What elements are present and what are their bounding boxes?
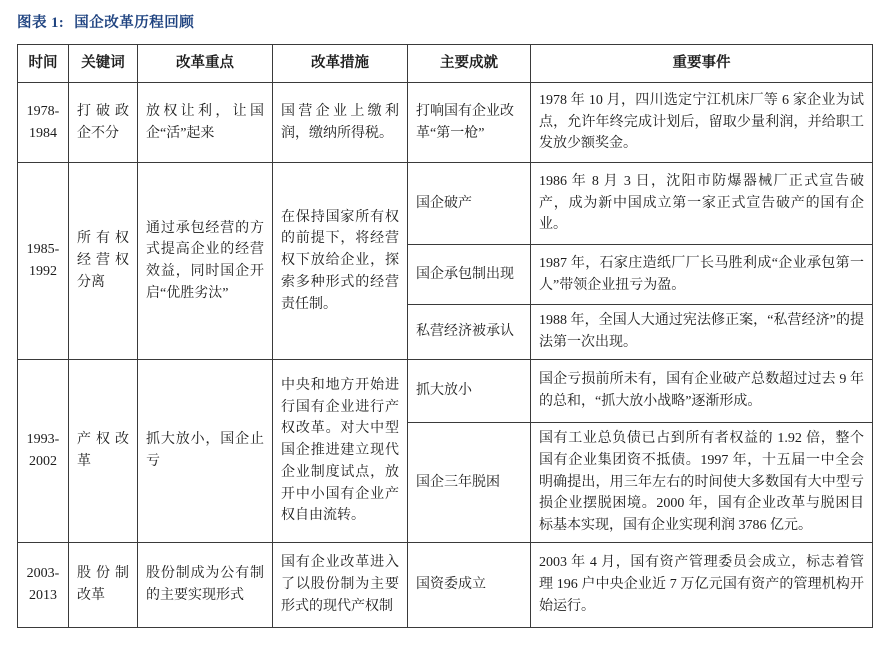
measures-cell: 国营企业上缴利润，缴纳所得税。 (273, 83, 408, 163)
header-achievements: 主要成就 (408, 45, 531, 83)
achievement-cell: 国企三年脱困 (408, 423, 531, 543)
header-time: 时间 (18, 45, 69, 83)
header-focus: 改革重点 (138, 45, 273, 83)
focus-cell: 抓大放小，国企止亏 (138, 360, 273, 543)
time-cell: 2003-2013 (18, 543, 69, 628)
measures-cell: 在保持国家所有权的前提下，将经营权下放给企业，探索多种形式的经营责任制。 (273, 163, 408, 360)
figure-title: 图表 1:国企改革历程回顾 (17, 11, 872, 32)
keyword-cell: 打破政企不分 (69, 83, 138, 163)
event-cell: 2003 年 4 月，国有资产管理委员会成立，标志着管理 196 户中央企业近 … (531, 543, 873, 628)
time-cell: 1993-2002 (18, 360, 69, 543)
soe-reform-history-table: 时间 关键词 改革重点 改革措施 主要成就 重要事件 1978-1984 打破政… (17, 44, 873, 628)
table-row: 1978-1984 打破政企不分 放权让利，让国企“活”起来 国营企业上缴利润，… (18, 83, 873, 163)
keyword-cell: 产权改革 (69, 360, 138, 543)
table-row: 2003-2013 股份制改革 股份制成为公有制的主要实现形式 国有企业改革进入… (18, 543, 873, 628)
time-cell: 1978-1984 (18, 83, 69, 163)
figure-title-prefix: 图表 1: (17, 15, 64, 31)
event-cell: 1987 年，石家庄造纸厂厂长马胜利成“企业承包第一人”带领企业扭亏为盈。 (531, 245, 873, 305)
header-measures: 改革措施 (273, 45, 408, 83)
focus-cell: 通过承包经营的方式提高企业的经营效益，同时国企开启“优胜劣汰” (138, 163, 273, 360)
focus-cell: 放权让利，让国企“活”起来 (138, 83, 273, 163)
table-row: 1985-1992 所有权经营权分离 通过承包经营的方式提高企业的经营效益，同时… (18, 163, 873, 245)
table-row: 1993-2002 产权改革 抓大放小，国企止亏 中央和地方开始进行国有企业进行… (18, 360, 873, 423)
event-cell: 国企亏损前所未有，国有企业破产总数超过过去 9 年的总和，“抓大放小战略”逐渐形… (531, 360, 873, 423)
event-cell: 1978 年 10 月，四川选定宁江机床厂等 6 家企业为试点，允许年终完成计划… (531, 83, 873, 163)
header-row: 时间 关键词 改革重点 改革措施 主要成就 重要事件 (18, 45, 873, 83)
achievement-cell: 私营经济被承认 (408, 305, 531, 360)
achievement-cell: 打响国有企业改革“第一枪” (408, 83, 531, 163)
achievement-cell: 国企承包制出现 (408, 245, 531, 305)
time-cell: 1985-1992 (18, 163, 69, 360)
figure-title-text: 国企改革历程回顾 (74, 15, 194, 31)
focus-cell: 股份制成为公有制的主要实现形式 (138, 543, 273, 628)
achievement-cell: 抓大放小 (408, 360, 531, 423)
achievement-cell: 国资委成立 (408, 543, 531, 628)
header-keyword: 关键词 (69, 45, 138, 83)
measures-cell: 国有企业改革进入了以股份制为主要形式的现代产权制 (273, 543, 408, 628)
measures-cell: 中央和地方开始进行国有企业进行产权改革。对大中型国企推进建立现代企业制度试点，放… (273, 360, 408, 543)
event-cell: 1986 年 8 月 3 日，沈阳市防爆器械厂正式宣告破产，成为新中国成立第一家… (531, 163, 873, 245)
header-events: 重要事件 (531, 45, 873, 83)
event-cell: 1988 年，全国人大通过宪法修正案，“私营经济”的提法第一次出现。 (531, 305, 873, 360)
report-page: 图表 1:国企改革历程回顾 时间 关键词 改革重点 改革措施 主要成就 重要事件… (0, 0, 887, 649)
keyword-cell: 股份制改革 (69, 543, 138, 628)
event-cell: 国有工业总负债已占到所有者权益的 1.92 倍，整个国有企业集团资不抵债。199… (531, 423, 873, 543)
keyword-cell: 所有权经营权分离 (69, 163, 138, 360)
achievement-cell: 国企破产 (408, 163, 531, 245)
